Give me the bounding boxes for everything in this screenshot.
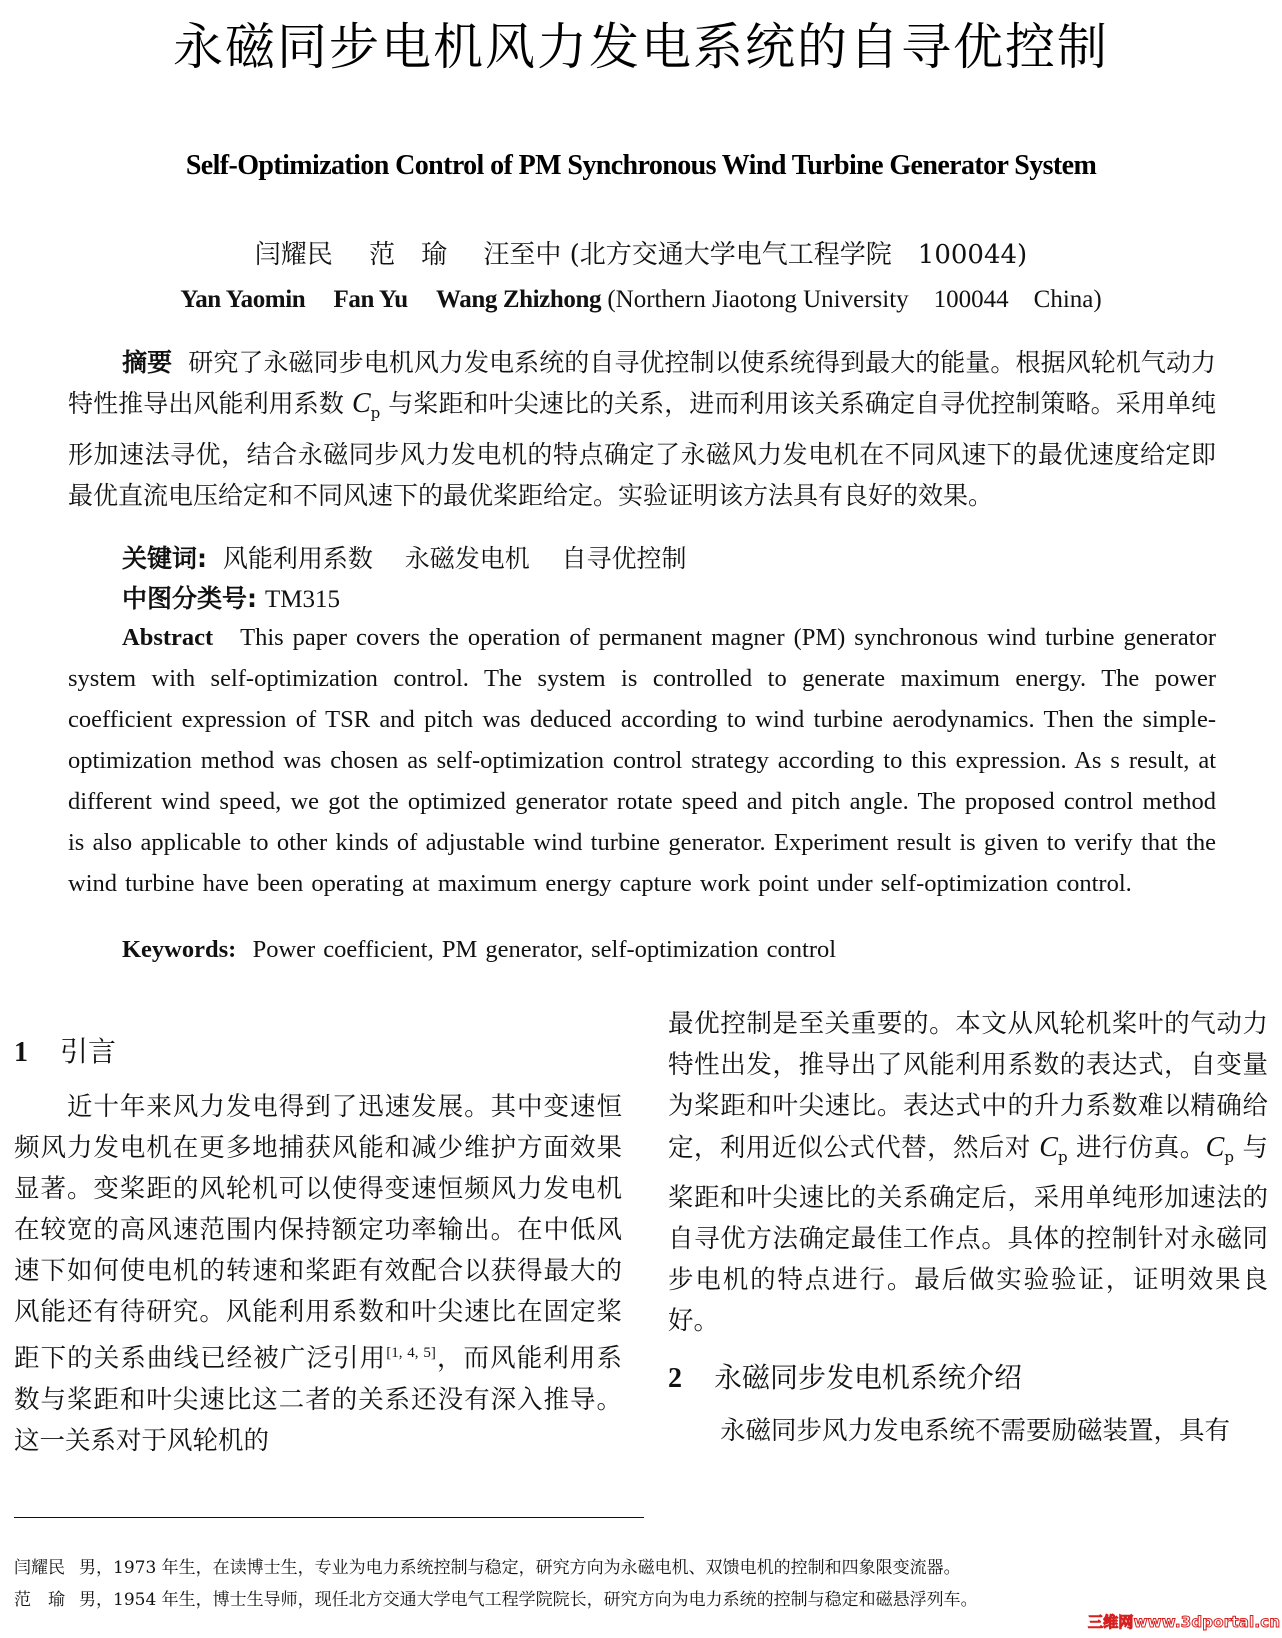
section-heading: 2永磁同步发电机系统介绍	[668, 1358, 1268, 1399]
author-name: 闫耀民	[255, 240, 333, 270]
keywords-chinese: 关键词: 风能利用系数 永磁发电机 自寻优控制	[68, 538, 1216, 579]
footnote-author-name: 闫耀民	[14, 1558, 65, 1578]
body-text: 与桨距和叶尖速比的关系确定后，采用单纯形加速法的自寻优方法确定最佳工作点。具体的…	[668, 1133, 1268, 1336]
keyword: 自寻优控制	[562, 544, 687, 573]
cp-symbol: C	[1206, 1132, 1225, 1163]
footnote-text: 男，1954 年生，博士生导师，现任北方交通大学电气工程学院院长，研究方向为电力…	[79, 1590, 978, 1610]
paper-title-chinese: 永磁同步电机风力发电系统的自寻优控制	[0, 14, 1282, 80]
footnote-author: 闫耀民男，1973 年生，在读博士生，专业为电力系统控制与稳定，研究方向为永磁电…	[14, 1556, 961, 1580]
classification-value: TM315	[265, 586, 340, 613]
watermark-logo: 三维网www.3dportal.cn	[1088, 1611, 1280, 1632]
abstract-english: Abstract This paper covers the operation…	[68, 617, 1216, 904]
section-title: 永磁同步发电机系统介绍	[714, 1361, 1022, 1394]
paper-title-english: Self-Optimization Control of PM Synchron…	[0, 150, 1282, 182]
abstract-en-label: Abstract	[122, 624, 213, 651]
cp-symbol: C	[1039, 1132, 1058, 1163]
classification-label: 中图分类号:	[122, 584, 257, 613]
abstract-label: 摘要	[122, 348, 172, 377]
keywords-en-text: Power coefficient, PM generator, self-op…	[253, 936, 836, 963]
author-name: 汪至中	[483, 240, 561, 270]
keyword: 永磁发电机	[405, 544, 530, 573]
footnote-divider	[14, 1517, 644, 1518]
author-name: Fan Yu	[334, 286, 408, 313]
abstract-chinese: 摘要 研究了永磁同步电机风力发电系统的自寻优控制以使系统得到最大的能量。根据风轮…	[68, 342, 1216, 516]
authors-chinese: 闫耀民 范 瑜 汪至中 (北方交通大学电气工程学院 100044)	[0, 238, 1282, 272]
cp-subscript: p	[371, 404, 381, 422]
keywords-en-label: Keywords:	[122, 936, 236, 963]
footnote-author: 范 瑜男，1954 年生，博士生导师，现任北方交通大学电气工程学院院长，研究方向…	[14, 1588, 978, 1612]
classification-number: 中图分类号: TM315	[68, 578, 1216, 620]
author-affiliation: (北方交通大学电气工程学院 100044)	[570, 240, 1028, 270]
cp-symbol: C	[352, 388, 371, 419]
body-text: 进行仿真。	[1076, 1133, 1206, 1163]
author-name: Yan Yaomin	[180, 286, 305, 313]
section-number: 2	[668, 1359, 714, 1399]
footnote-author-name: 范 瑜	[14, 1590, 65, 1610]
cp-subscript: p	[1058, 1148, 1068, 1166]
section-number: 1	[14, 1033, 60, 1073]
section-heading: 1引言	[14, 1032, 622, 1073]
footnote-text: 男，1973 年生，在读博士生，专业为电力系统控制与稳定，研究方向为永磁电机、双…	[79, 1558, 961, 1578]
keyword: 风能利用系数	[223, 544, 373, 573]
intro-paragraph: 近十年来风力发电得到了迅速发展。其中变速恒频风力发电机在更多地捕获风能和减少维护…	[14, 1087, 622, 1462]
body-column-left: 1引言 近十年来风力发电得到了迅速发展。其中变速恒频风力发电机在更多地捕获风能和…	[14, 1032, 622, 1462]
body-text: 永磁同步风力发电系统不需要励磁装置，具有	[720, 1416, 1230, 1446]
body-text: 近十年来风力发电得到了迅速发展。其中变速恒频风力发电机在更多地捕获风能和减少维护…	[14, 1092, 622, 1374]
section-paragraph: 永磁同步风力发电系统不需要励磁装置，具有	[668, 1411, 1268, 1452]
author-name: Wang Zhizhong	[436, 286, 601, 313]
intro-paragraph-continued: 最优控制是至关重要的。本文从风轮机桨叶的气动力特性出发，推导出了风能利用系数的表…	[668, 1004, 1268, 1342]
keywords-label: 关键词:	[122, 544, 207, 573]
authors-english: Yan Yaomin Fan Yu Wang Zhizhong (Norther…	[0, 284, 1282, 316]
body-column-right: 最优控制是至关重要的。本文从风轮机桨叶的气动力特性出发，推导出了风能利用系数的表…	[668, 1004, 1268, 1452]
section-title: 引言	[60, 1035, 116, 1068]
keywords-english: Keywords: Power coefficient, PM generato…	[68, 929, 1216, 970]
citation-reference: [1, 4, 5]	[386, 1345, 436, 1361]
abstract-en-text: This paper covers the operation of perma…	[68, 624, 1216, 897]
author-name: 范 瑜	[369, 240, 447, 270]
cp-subscript: p	[1224, 1148, 1234, 1166]
author-affiliation: (Northern Jiaotong University 100044 Chi…	[607, 286, 1101, 313]
